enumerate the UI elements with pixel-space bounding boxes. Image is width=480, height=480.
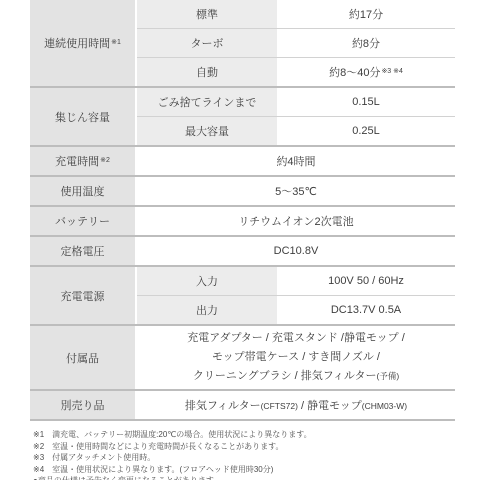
group-label: バッテリー [30,207,137,235]
sub-label-text: 出力 [196,302,218,318]
footnote-ref: ※2 [100,157,110,164]
sub-label-text: ターボ [191,35,224,51]
spec-row: DC10.8V [137,237,455,265]
footnote-line-disclaimer: ●商品の仕様は予告なく変更になることがあります。 [33,475,480,480]
spec-group-sold-separately: 別売り品 排気フィルター(CFTS72) / 静電モップ(CHM03-W) [30,389,455,419]
group-label: 別売り品 [30,391,137,419]
model-number: (CHM03-W) [362,401,407,411]
value-text: 約17分 [349,6,383,22]
accessories-line: 充電アダプター / 充電スタンド /静電モップ / [187,329,405,348]
group-label-text: 充電電源 [61,288,105,304]
spec-row-output: 出力 DC13.7V 0.5A [137,295,455,324]
group-rows: リチウムイオン2次電池 [137,207,455,235]
value-text: 約4時間 [276,153,315,169]
spec-group-rated-voltage: 定格電圧 DC10.8V [30,235,455,265]
accessories-line: モップ帯電ケース / すき間ノズル / [187,348,405,367]
accessories-line: クリーニングブラシ / 排気フィルター(予備) [187,367,405,386]
value-cell: DC10.8V [137,237,455,265]
group-rows: 約4時間 [137,147,455,175]
value-text: DC13.7V 0.5A [331,304,401,316]
model-number: (CFTS72) [261,401,298,411]
spec-row: 排気フィルター(CFTS72) / 静電モップ(CHM03-W) [137,391,455,419]
spec-group-dust-capacity: 集じん容量 ごみ捨てラインまで 0.15L 最大容量 0.25L [30,86,455,145]
footnote-ref: ※1 [111,39,121,46]
spec-row: 充電アダプター / 充電スタンド /静電モップ / モップ帯電ケース / すき間… [137,326,455,389]
sub-label-text: 最大容量 [185,123,229,139]
spec-row-standard: 標準 約17分 [137,0,455,28]
sub-label: 自動 [137,58,277,86]
value-cell: 排気フィルター(CFTS72) / 静電モップ(CHM03-W) [137,391,455,419]
spec-row-turbo: ターボ 約8分 [137,28,455,57]
sub-label: ターボ [137,29,277,57]
value-cell: 約8〜40分※3 ※4 [277,58,455,86]
spec-row-max-capacity: 最大容量 0.25L [137,116,455,145]
value-text: DC10.8V [274,245,319,257]
spec-group-continuous-use-time: 連続使用時間※1 標準 約17分 ターボ 約8分 自動 約8〜40分※3 ※4 [30,0,455,86]
sub-label: 入力 [137,267,277,295]
group-label-text: 定格電圧 [61,243,105,259]
value-text: 排気フィルター(CFTS72) / 静電モップ(CHM03-W) [185,397,407,413]
value-cell: 100V 50 / 60Hz [277,267,455,295]
group-rows: DC10.8V [137,237,455,265]
sub-label-text: 入力 [196,273,218,289]
value-cell: 約4時間 [137,147,455,175]
value-cell: 充電アダプター / 充電スタンド /静電モップ / モップ帯電ケース / すき間… [137,326,455,389]
spec-group-operating-temperature: 使用温度 5〜35℃ [30,175,455,205]
group-rows: 排気フィルター(CFTS72) / 静電モップ(CHM03-W) [137,391,455,419]
group-label-text: 別売り品 [61,397,105,413]
spec-page: 連続使用時間※1 標準 約17分 ターボ 約8分 自動 約8〜40分※3 ※4 [0,0,480,480]
group-label: 集じん容量 [30,88,137,145]
value-cell: 0.15L [277,88,455,116]
group-label: 使用温度 [30,177,137,205]
value-cell: DC13.7V 0.5A [277,296,455,324]
group-label-text: 集じん容量 [55,109,110,125]
spec-row-dust-line: ごみ捨てラインまで 0.15L [137,88,455,116]
spec-group-charging-power: 充電電源 入力 100V 50 / 60Hz 出力 DC13.7V 0.5A [30,265,455,324]
spec-row: 約4時間 [137,147,455,175]
spec-row: リチウムイオン2次電池 [137,207,455,235]
value-text: 0.25L [352,125,380,137]
spec-row-input: 入力 100V 50 / 60Hz [137,267,455,295]
sub-label: ごみ捨てラインまで [137,88,277,116]
accessories-list: 充電アダプター / 充電スタンド /静電モップ / モップ帯電ケース / すき間… [187,329,405,386]
sub-label-text: ごみ捨てラインまで [158,94,257,110]
spec-group-charge-time: 充電時間※2 約4時間 [30,145,455,175]
sub-label-text: 自動 [196,64,218,80]
group-label-text: バッテリー [55,213,110,229]
group-label: 充電電源 [30,267,137,324]
value-text: 100V 50 / 60Hz [328,275,404,287]
spare-note: (予備) [376,371,399,381]
footnote-line-2: ※2 室温・使用時間などにより充電時間が長くなることがあります。 [33,441,480,453]
group-rows: ごみ捨てラインまで 0.15L 最大容量 0.25L [137,88,455,145]
group-label-text: 充電時間※2 [55,153,110,169]
sub-label: 出力 [137,296,277,324]
value-cell: 0.25L [277,117,455,145]
group-rows: 入力 100V 50 / 60Hz 出力 DC13.7V 0.5A [137,267,455,324]
value-text: 5〜35℃ [275,183,317,199]
value-cell: リチウムイオン2次電池 [137,207,455,235]
group-rows: 標準 約17分 ターボ 約8分 自動 約8〜40分※3 ※4 [137,0,455,86]
value-text: 約8〜40分※3 ※4 [329,64,403,80]
spec-group-battery: バッテリー リチウムイオン2次電池 [30,205,455,235]
value-text: リチウムイオン2次電池 [238,213,353,229]
value-cell: 約8分 [277,29,455,57]
sub-label-text: 標準 [196,6,218,22]
value-text: 約8分 [352,35,380,51]
spec-table: 連続使用時間※1 標準 約17分 ターボ 約8分 自動 約8〜40分※3 ※4 [30,0,455,421]
group-label: 充電時間※2 [30,147,137,175]
group-label: 付属品 [30,326,137,389]
footnote-ref: ※3 ※4 [381,68,402,75]
sub-label: 最大容量 [137,117,277,145]
value-cell: 約17分 [277,0,455,28]
group-label-text: 付属品 [66,350,99,366]
spec-group-accessories: 付属品 充電アダプター / 充電スタンド /静電モップ / モップ帯電ケース /… [30,324,455,389]
group-rows: 充電アダプター / 充電スタンド /静電モップ / モップ帯電ケース / すき間… [137,326,455,389]
footnote-line-3: ※3 付属アタッチメント使用時。 [33,452,480,464]
group-label: 定格電圧 [30,237,137,265]
spec-row: 5〜35℃ [137,177,455,205]
group-rows: 5〜35℃ [137,177,455,205]
group-label-text: 使用温度 [61,183,105,199]
footnote-line-4: ※4 室温・使用状況により異なります。(フロアヘッド使用時30分) [33,464,480,476]
spec-row-auto: 自動 約8〜40分※3 ※4 [137,57,455,86]
value-text: 0.15L [352,96,380,108]
footnote-line-1: ※1 満充電、バッテリー初期温度:20℃の場合。使用状況により異なります。 [33,429,480,441]
group-label: 連続使用時間※1 [30,0,137,86]
value-cell: 5〜35℃ [137,177,455,205]
footnotes: ※1 満充電、バッテリー初期温度:20℃の場合。使用状況により異なります。 ※2… [33,429,480,480]
group-label-text: 連続使用時間※1 [44,35,121,51]
sub-label: 標準 [137,0,277,28]
